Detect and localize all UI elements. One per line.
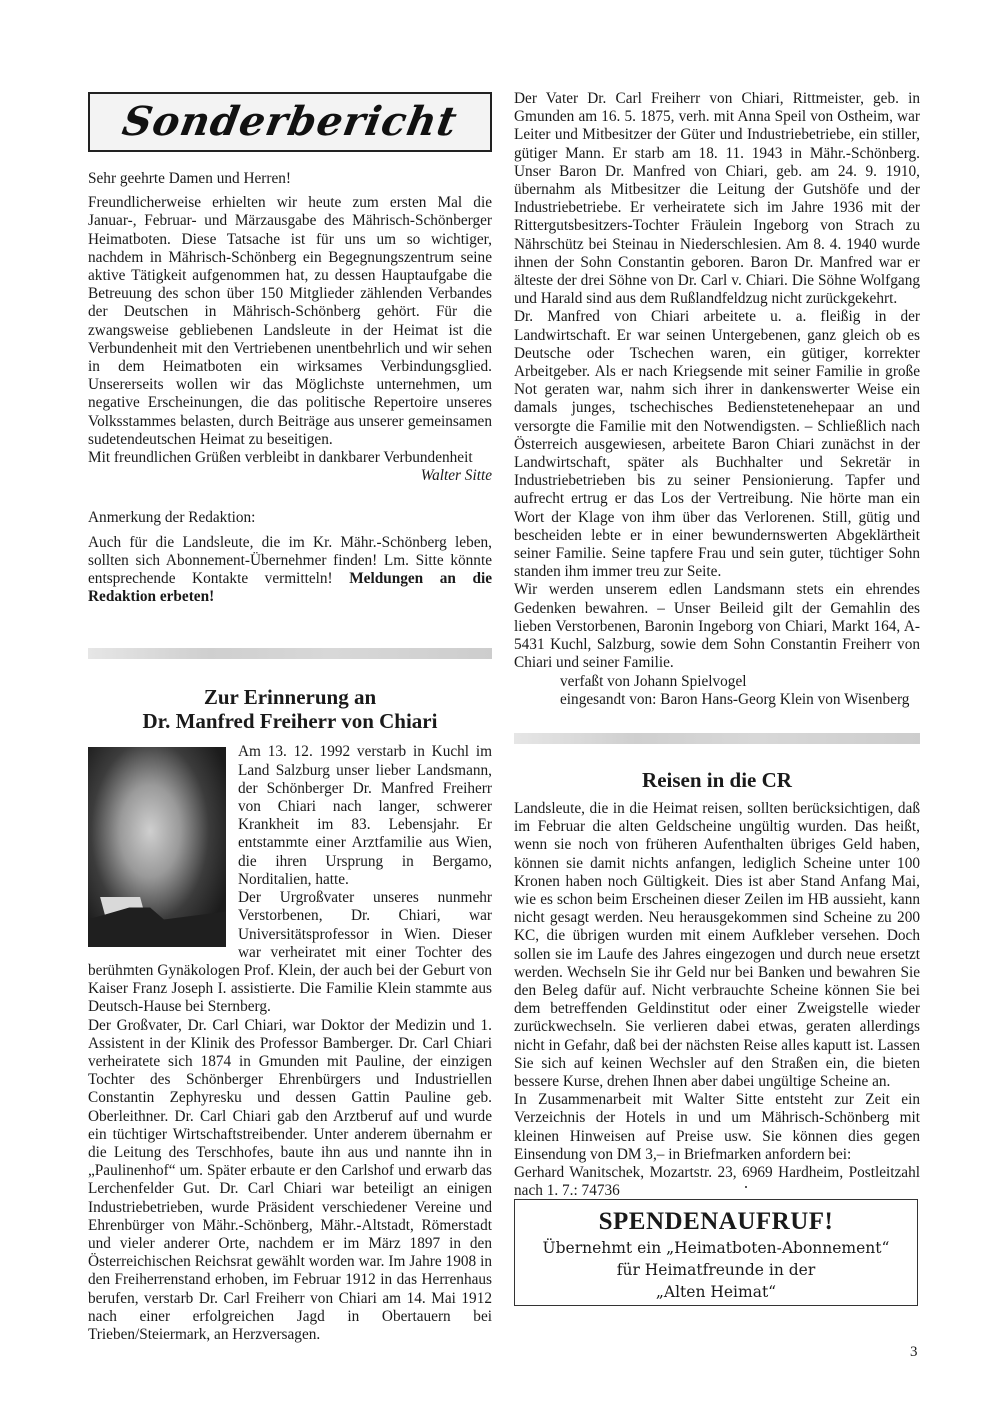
erinnerung-title-line2: Dr. Manfred Freiherr von Chiari: [88, 709, 492, 733]
portrait-photo: [88, 747, 226, 947]
spendenaufruf-line1: Übernehmt ein „Heimatboten-Abonnement“: [515, 1237, 917, 1259]
erinnerung-paragraph: Wir werden unserem edlen Landsmann stets…: [514, 581, 920, 672]
sonderbericht-banner: Sonderbericht: [88, 92, 492, 152]
note-body: Auch für die Landsleute, die im Kr. Mähr…: [88, 534, 492, 607]
reisen-paragraph: Landsleute, die in die Heimat reisen, so…: [514, 800, 920, 1091]
reisen-address: Gerhard Wanitschek, Mozartstr. 23, 6969 …: [514, 1164, 920, 1200]
erinnerung-paragraph: Der Vater Dr. Carl Freiherr von Chiari, …: [514, 90, 920, 308]
closing: Mit freundlichen Grüßen verbleibt in dan…: [88, 449, 492, 467]
author-credit: verfaßt von Johann Spielvogel: [514, 673, 920, 691]
erinnerung-paragraph: Dr. Manfred von Chiari arbeitete u. a. f…: [514, 308, 920, 581]
erinnerung-title: Zur Erinnerung an Dr. Manfred Freiherr v…: [88, 685, 492, 733]
sonderbericht-body: Freundlicherweise erhielten wir heute zu…: [88, 194, 492, 449]
section-divider: [514, 733, 920, 744]
note-heading: Anmerkung der Redaktion:: [88, 509, 492, 527]
signature: Walter Sitte: [88, 467, 492, 485]
spendenaufruf-box: SPENDENAUFRUF! Übernehmt ein „Heimatbote…: [514, 1199, 918, 1306]
portrait-image: [88, 747, 226, 947]
section-divider: [88, 648, 492, 659]
sonderbericht-heading: Sonderbericht: [122, 113, 459, 131]
greeting: Sehr geehrte Damen und Herren!: [88, 170, 492, 188]
spendenaufruf-title: SPENDENAUFRUF!: [515, 1207, 917, 1237]
spendenaufruf-line3: „Alten Heimat“: [515, 1281, 917, 1303]
page-number: 3: [910, 1344, 918, 1361]
spendenaufruf-line2: für Heimatfreunde in der: [515, 1259, 917, 1281]
right-column: Der Vater Dr. Carl Freiherr von Chiari, …: [514, 90, 920, 1200]
submitted-by: eingesandt von: Baron Hans-Georg Klein v…: [514, 691, 920, 709]
reisen-paragraph: In Zusammenarbeit mit Walter Sitte entst…: [514, 1091, 920, 1164]
left-column: Sonderbericht Sehr geehrte Damen und Her…: [88, 92, 492, 1344]
erinnerung-title-line1: Zur Erinnerung an: [88, 685, 492, 709]
speck: [745, 1186, 747, 1188]
reisen-title: Reisen in die CR: [514, 768, 920, 792]
erinnerung-article: Am 13. 12. 1992 verstarb in Kuchl im Lan…: [88, 743, 492, 1344]
erinnerung-paragraph: Der Großvater, Dr. Carl Chiari, war Dokt…: [88, 1017, 492, 1345]
